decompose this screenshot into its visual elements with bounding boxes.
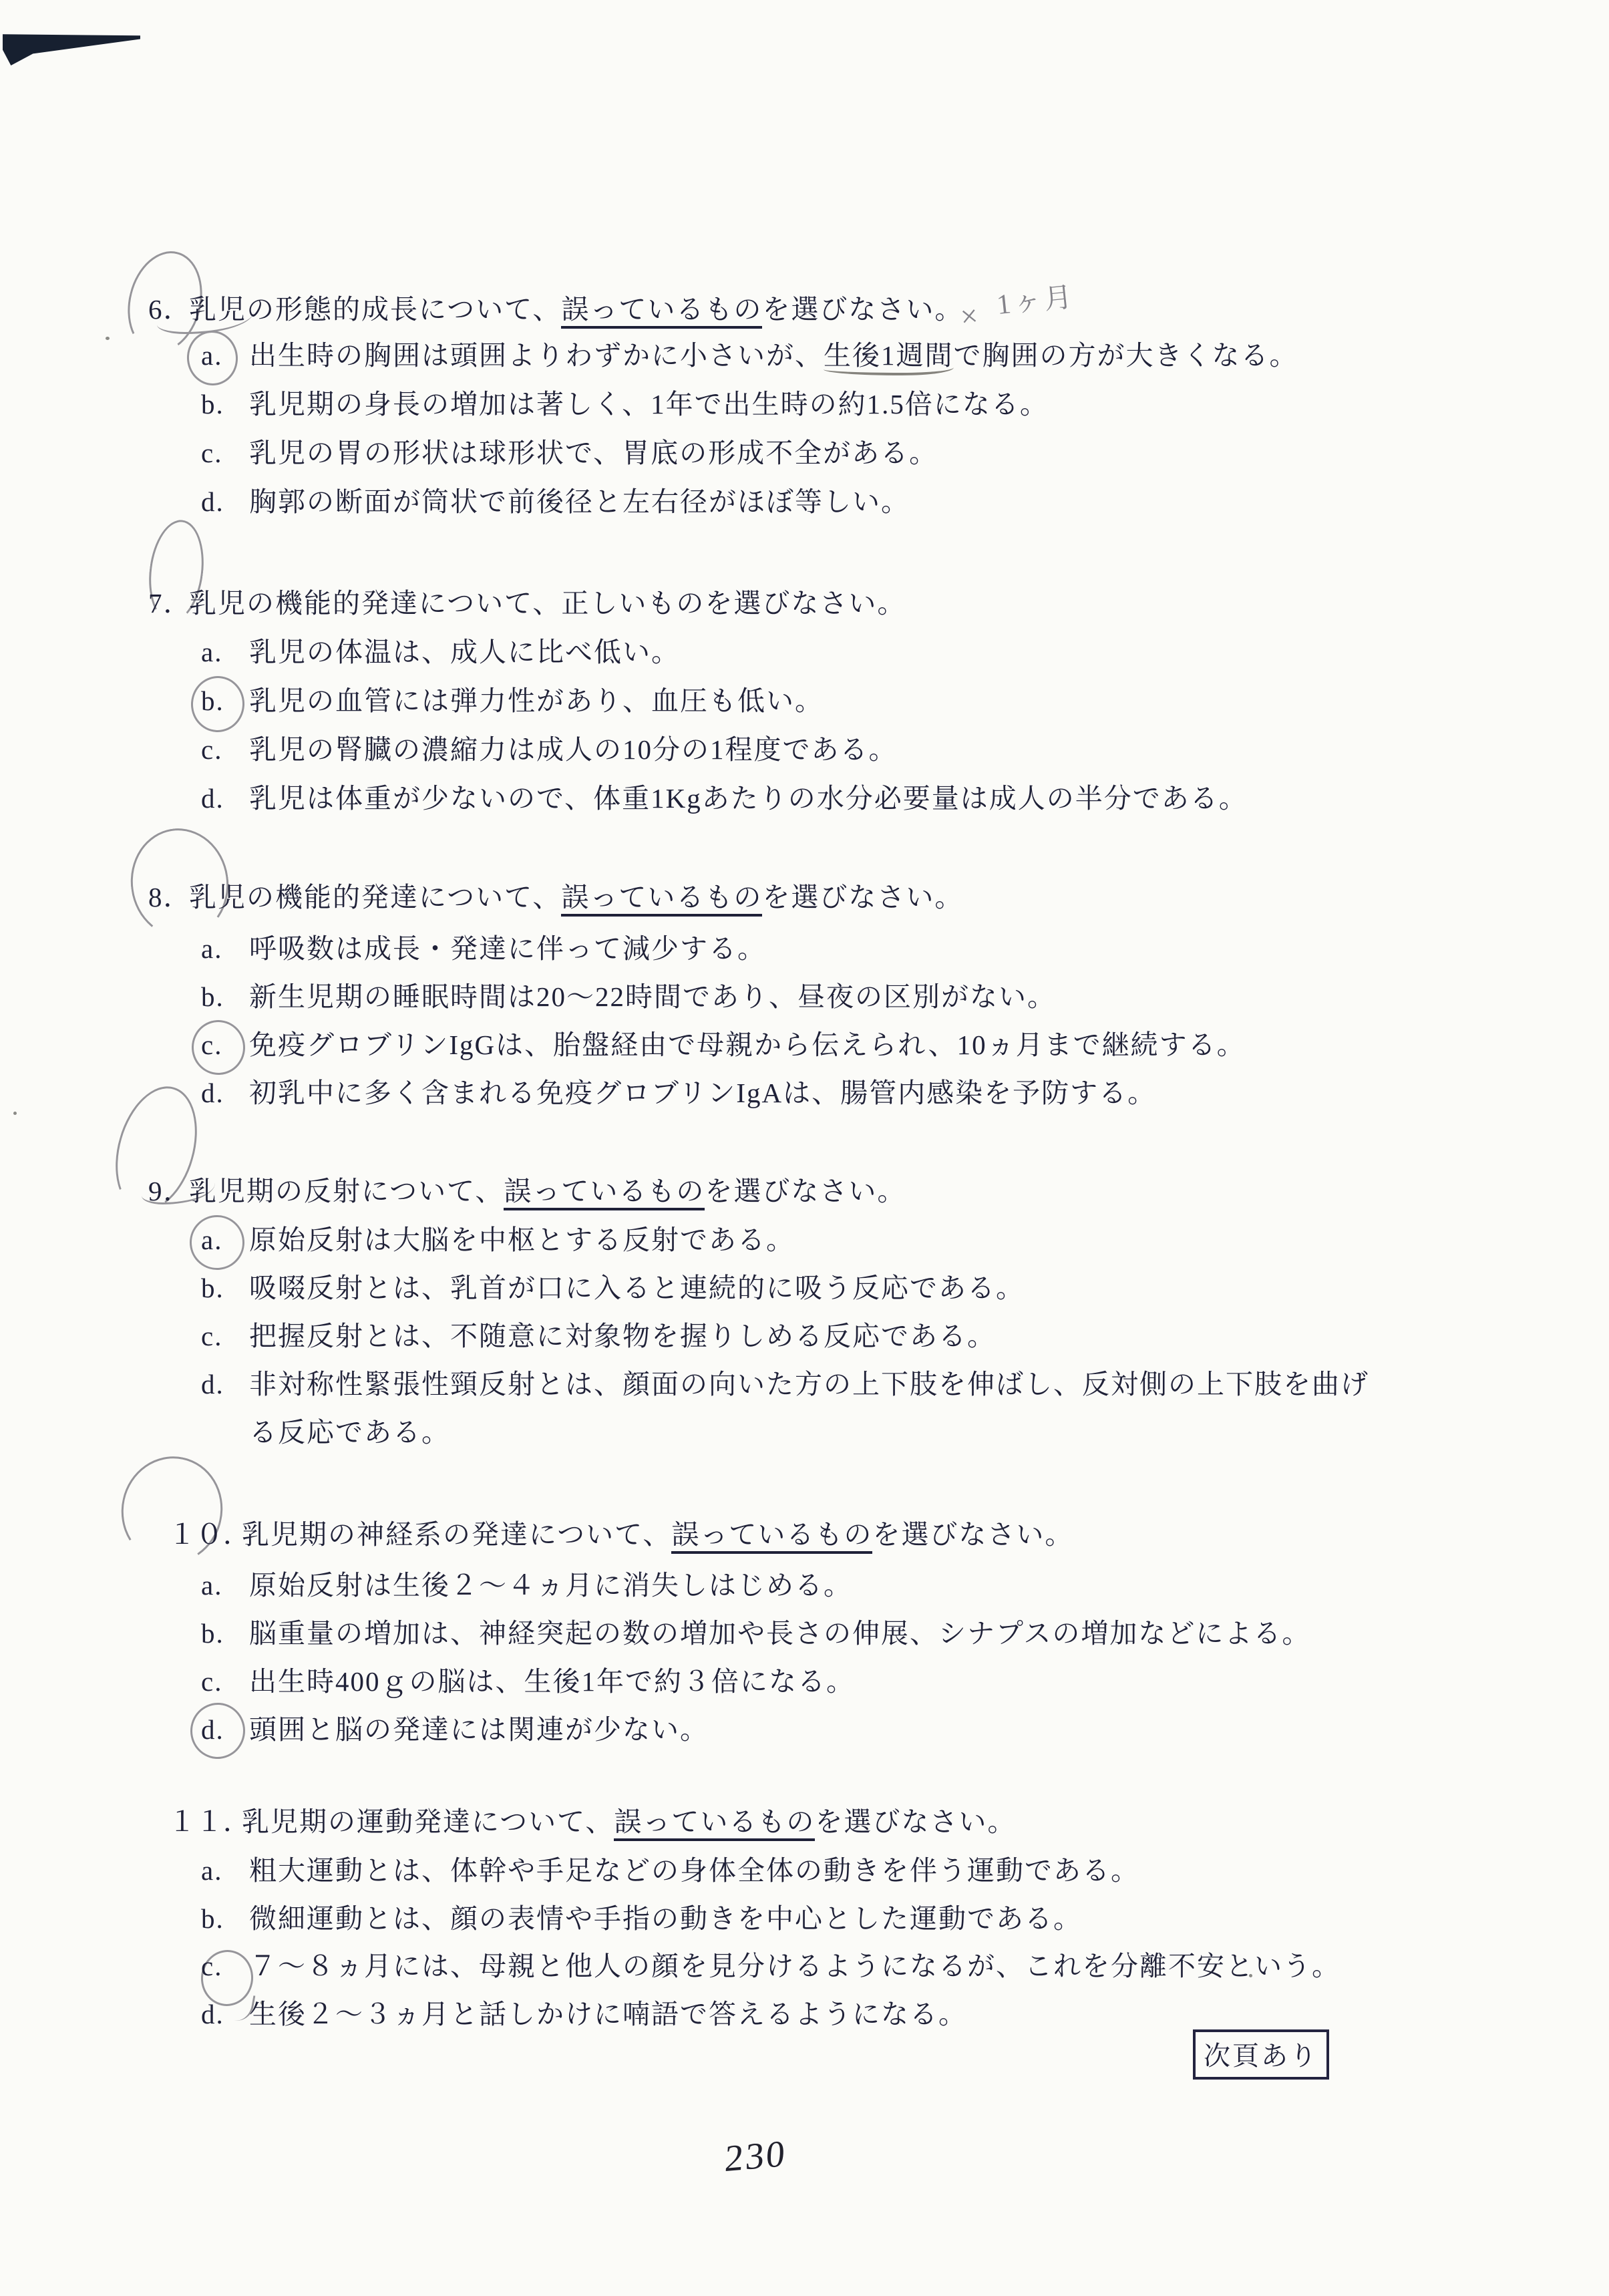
- prompt-underlined: 誤っているもの: [671, 1519, 872, 1554]
- option-text-pre: 非対称性緊張性頸反射とは、顔面の向いた方の上下肢を伸ばし、反対側の上下肢を曲げ: [249, 1369, 1369, 1400]
- option-text: 胸郭の断面が筒状で前後径と左右径がほぼ等しい。: [249, 482, 910, 521]
- pencil-circle-question-number: [144, 517, 209, 626]
- handwritten-x-mark: ×: [958, 297, 982, 335]
- scan-speck: [106, 337, 110, 340]
- option-letter: d.: [201, 1365, 224, 1404]
- option-letter: d.: [201, 779, 224, 818]
- option-text: 初乳中に多く含まれる免疫グロブリンIgAは、腸管内感染を予防する。: [249, 1074, 1156, 1112]
- handwritten-note-text: 1ヶ月: [995, 282, 1076, 321]
- prompt-underlined: 誤っているもの: [614, 1806, 815, 1841]
- option-letter: a.: [201, 1566, 222, 1605]
- pencil-circle-answer: [188, 1701, 247, 1762]
- option-text: 呼吸数は成長・発達に伴って減少する。: [249, 929, 766, 968]
- option-text: 新生児期の睡眠時間は20～22時間であり、昼夜の区別がない。: [249, 977, 1056, 1016]
- option-text-pre: 生後２～３ヵ月と話しかけに喃語で答えるようになる。: [249, 1999, 967, 2029]
- option-text: 非対称性緊張性頸反射とは、顔面の向いた方の上下肢を伸ばし、反対側の上下肢を曲げ: [249, 1365, 1369, 1404]
- option-text-pre: 胸郭の断面が筒状で前後径と左右径がほぼ等しい。: [249, 486, 910, 517]
- pencil-circle-answer: [198, 1947, 256, 2009]
- option-text-pre: 脳重量の増加は、神経突起の数の増加や長さの伸展、シナプスの増加などによる。: [249, 1618, 1310, 1649]
- option-text: 乳児の血管には弾力性があり、血圧も低い。: [249, 681, 824, 720]
- option-text: 出生時の胸囲は頭囲よりわずかに小さいが、生後1週間で胸囲の方が大きくなる。: [249, 336, 1298, 375]
- scan-speck: [1249, 1974, 1252, 1977]
- pencil-circle-tail: [157, 302, 254, 334]
- option-text-pre: 乳児期の身長の増加は著しく、1年で出生時の約1.5倍になる。: [249, 389, 1049, 420]
- prompt-pre: 乳児期の運動発達について、: [242, 1806, 614, 1837]
- question-prompt: 乳児の機能的発達について、正しいものを選びなさい。: [189, 584, 906, 623]
- question-prompt: 乳児期の運動発達について、誤っているものを選びなさい。: [242, 1802, 1016, 1841]
- option-letter: c.: [201, 1662, 222, 1701]
- question-number: 6．: [148, 290, 192, 329]
- option-text: 把握反射とは、不随意に対象物を握りしめる反応である。: [249, 1317, 996, 1355]
- option-text-pre: 乳児は体重が少ないので、体重1Kgあたりの水分必要量は成人の半分である。: [249, 783, 1248, 814]
- question-number: １１．: [168, 1802, 250, 1841]
- pencil-circle-question-number: [112, 1447, 232, 1573]
- pencil-circle-answer: [188, 1213, 247, 1273]
- option-letter: c.: [201, 434, 222, 472]
- question-11: １１． 乳児期の運動発達について、誤っているものを選びなさい。 a. 粗大運動と…: [0, 0, 1609, 2296]
- next-page-stamp: 次頁あり: [1193, 2029, 1329, 2080]
- prompt-post: を選びなさい。: [815, 1806, 1016, 1837]
- option-letter: c.: [201, 1025, 222, 1064]
- option-text-pre: 頭囲と脳の発達には関連が少ない。: [249, 1714, 709, 1745]
- prompt-pre: 乳児の形態的成長について、: [189, 294, 561, 325]
- prompt-underlined: 誤っているもの: [561, 294, 762, 329]
- option-text: 原始反射は生後２～４ヵ月に消失しはじめる。: [249, 1566, 852, 1605]
- pencil-circle-question-number: [118, 243, 212, 361]
- option-text: 脳重量の増加は、神経突起の数の増加や長さの伸展、シナプスの増加などによる。: [249, 1614, 1310, 1653]
- pencil-circle-answer: [184, 328, 240, 387]
- option-letter: b.: [201, 385, 224, 424]
- prompt-pre: 乳児の機能的発達について、正しいものを選びなさい。: [189, 588, 906, 619]
- option-text: 吸啜反射とは、乳首が口に入ると連続的に吸う反応である。: [249, 1269, 1025, 1307]
- option-letter: b.: [201, 1899, 224, 1938]
- scan-speck: [13, 1112, 17, 1115]
- option-text: 粗大運動とは、体幹や手足などの身体全体の動きを伴う運動である。: [249, 1851, 1139, 1890]
- question-prompt: 乳児の形態的成長について、誤っているものを選びなさい。: [189, 290, 963, 329]
- option-letter: a.: [201, 336, 222, 375]
- option-text-pre: ７～８ヵ月には、母親と他人の顔を見分けるようになるが、これを分離不安という。: [249, 1951, 1340, 1981]
- question-number: １０．: [168, 1515, 250, 1554]
- option-text-pre: 呼吸数は成長・発達に伴って減少する。: [249, 933, 766, 964]
- handwritten-note: ×1ヶ月: [957, 275, 1076, 327]
- option-text-pre: 免疫グロブリンIgGは、胎盤経由で母親から伝えられ、10ヵ月まで継続する。: [249, 1029, 1246, 1060]
- question-number: 9．: [148, 1172, 192, 1210]
- option-letter: a.: [201, 1851, 222, 1890]
- pencil-circle-answer: [190, 1018, 247, 1076]
- option-text-pre: 乳児の体温は、成人に比べ低い。: [249, 637, 680, 667]
- option-letter: d.: [201, 1710, 224, 1749]
- option-text-cont: る反応である。: [249, 1417, 450, 1448]
- question-6: 6． 乳児の形態的成長について、誤っているものを選びなさい。 ×1ヶ月 a. 出…: [0, 0, 1609, 2296]
- option-text: 頭囲と脳の発達には関連が少ない。: [249, 1710, 709, 1749]
- option-text-pre: 乳児の腎臓の濃縮力は成人の10分の1程度である。: [249, 734, 898, 765]
- prompt-underlined: 誤っているもの: [504, 1176, 705, 1210]
- option-text-pre: 微細運動とは、顔の表情や手指の動きを中心とした運動である。: [249, 1903, 1082, 1934]
- scan-artifact-wedge: [3, 31, 140, 65]
- option-text: ７～８ヵ月には、母親と他人の顔を見分けるようになるが、これを分離不安という。: [249, 1947, 1340, 1985]
- question-prompt: 乳児の機能的発達について、誤っているものを選びなさい。: [189, 878, 963, 917]
- question-prompt: 乳児期の反射について、誤っているものを選びなさい。: [189, 1172, 906, 1210]
- question-number: 8．: [148, 878, 192, 917]
- option-text-pre: 出生時の胸囲は頭囲よりわずかに小さいが、: [249, 340, 824, 371]
- option-letter: b.: [201, 1269, 224, 1307]
- prompt-post: を選びなさい。: [762, 882, 963, 913]
- scanned-exam-page: 6． 乳児の形態的成長について、誤っているものを選びなさい。 ×1ヶ月 a. 出…: [0, 0, 1609, 2296]
- option-letter: b.: [201, 1614, 224, 1653]
- option-letter: a.: [201, 929, 222, 968]
- option-text: 微細運動とは、顔の表情や手指の動きを中心とした運動である。: [249, 1899, 1082, 1938]
- question-number: 7．: [148, 584, 192, 623]
- pencil-circle-question-number: [102, 1077, 210, 1220]
- question-7: 7． 乳児の機能的発達について、正しいものを選びなさい。 a. 乳児の体温は、成…: [0, 0, 1609, 2296]
- prompt-pre: 乳児期の反射について、: [189, 1176, 504, 1206]
- pencil-circle-answer: [189, 674, 246, 733]
- option-text-pre: 新生児期の睡眠時間は20～22時間であり、昼夜の区別がない。: [249, 981, 1056, 1012]
- option-letter: b.: [201, 977, 224, 1016]
- option-letter: d.: [201, 1074, 224, 1112]
- option-letter: d.: [201, 482, 224, 521]
- pencil-circle-tail: [142, 1174, 215, 1204]
- option-text: 乳児の体温は、成人に比べ低い。: [249, 633, 680, 671]
- option-letter: a.: [201, 1220, 222, 1259]
- option-text: 免疫グロブリンIgGは、胎盤経由で母親から伝えられ、10ヵ月まで継続する。: [249, 1025, 1246, 1064]
- option-text: 乳児の胃の形状は球形状で、胃底の形成不全がある。: [249, 434, 938, 472]
- option-text-pre: 原始反射は大脳を中枢とする反射である。: [249, 1224, 795, 1255]
- option-letter: b.: [201, 681, 224, 720]
- option-text-pre: 把握反射とは、不随意に対象物を握りしめる反応である。: [249, 1321, 996, 1351]
- option-text-pre: 吸啜反射とは、乳首が口に入ると連続的に吸う反応である。: [249, 1273, 1025, 1303]
- prompt-post: を選びなさい。: [705, 1176, 906, 1206]
- option-text-pre: 原始反射は生後２～４ヵ月に消失しはじめる。: [249, 1570, 852, 1601]
- option-letter: d.: [201, 1995, 224, 2033]
- option-text-pre: 粗大運動とは、体幹や手足などの身体全体の動きを伴う運動である。: [249, 1855, 1139, 1886]
- question-8: 8． 乳児の機能的発達について、誤っているものを選びなさい。 a. 呼吸数は成長…: [0, 0, 1609, 2296]
- handwritten-page-number: 230: [723, 2132, 787, 2181]
- option-text: 生後２～３ヵ月と話しかけに喃語で答えるようになる。: [249, 1995, 967, 2033]
- option-text-pre: 初乳中に多く含まれる免疫グロブリンIgAは、腸管内感染を予防する。: [249, 1078, 1156, 1108]
- pencil-circle-tail: [233, 1993, 256, 2023]
- option-text: 乳児期の身長の増加は著しく、1年で出生時の約1.5倍になる。: [249, 385, 1049, 424]
- option-text-pre: 出生時400ｇの脳は、生後1年で約３倍になる。: [249, 1666, 855, 1697]
- pencil-circle-question-number: [124, 822, 235, 945]
- option-text-pre: 乳児の血管には弾力性があり、血圧も低い。: [249, 685, 824, 716]
- option-text-pre: 乳児の胃の形状は球形状で、胃底の形成不全がある。: [249, 438, 938, 468]
- option-text-post: で胸囲の方が大きくなる。: [954, 340, 1298, 371]
- option-text: 出生時400ｇの脳は、生後1年で約３倍になる。: [249, 1662, 855, 1701]
- prompt-underlined: 誤っているもの: [561, 882, 762, 917]
- option-text: 乳児は体重が少ないので、体重1Kgあたりの水分必要量は成人の半分である。: [249, 779, 1248, 818]
- prompt-post: を選びなさい。: [872, 1519, 1073, 1550]
- option-text-hand-underlined: 生後1週間: [824, 340, 954, 375]
- option-letter: c.: [201, 1317, 222, 1355]
- question-10: １０． 乳児期の神経系の発達について、誤っているものを選びなさい。 a. 原始反…: [0, 0, 1609, 2296]
- question-prompt: 乳児期の神経系の発達について、誤っているものを選びなさい。: [242, 1515, 1073, 1554]
- prompt-pre: 乳児期の神経系の発達について、: [242, 1519, 671, 1550]
- scan-speck: [260, 2001, 264, 2005]
- option-text: 乳児の腎臓の濃縮力は成人の10分の1程度である。: [249, 730, 898, 769]
- prompt-post: を選びなさい。: [762, 294, 963, 325]
- question-9: 9． 乳児期の反射について、誤っているものを選びなさい。 a. 原始反射は大脳を…: [0, 0, 1609, 2296]
- option-letter: c.: [201, 730, 222, 769]
- prompt-pre: 乳児の機能的発達について、: [189, 882, 561, 913]
- option-text-continuation: る反応である。: [249, 1413, 450, 1452]
- option-letter: a.: [201, 633, 222, 671]
- option-text: 原始反射は大脳を中枢とする反射である。: [249, 1220, 795, 1259]
- option-letter: c.: [201, 1947, 222, 1985]
